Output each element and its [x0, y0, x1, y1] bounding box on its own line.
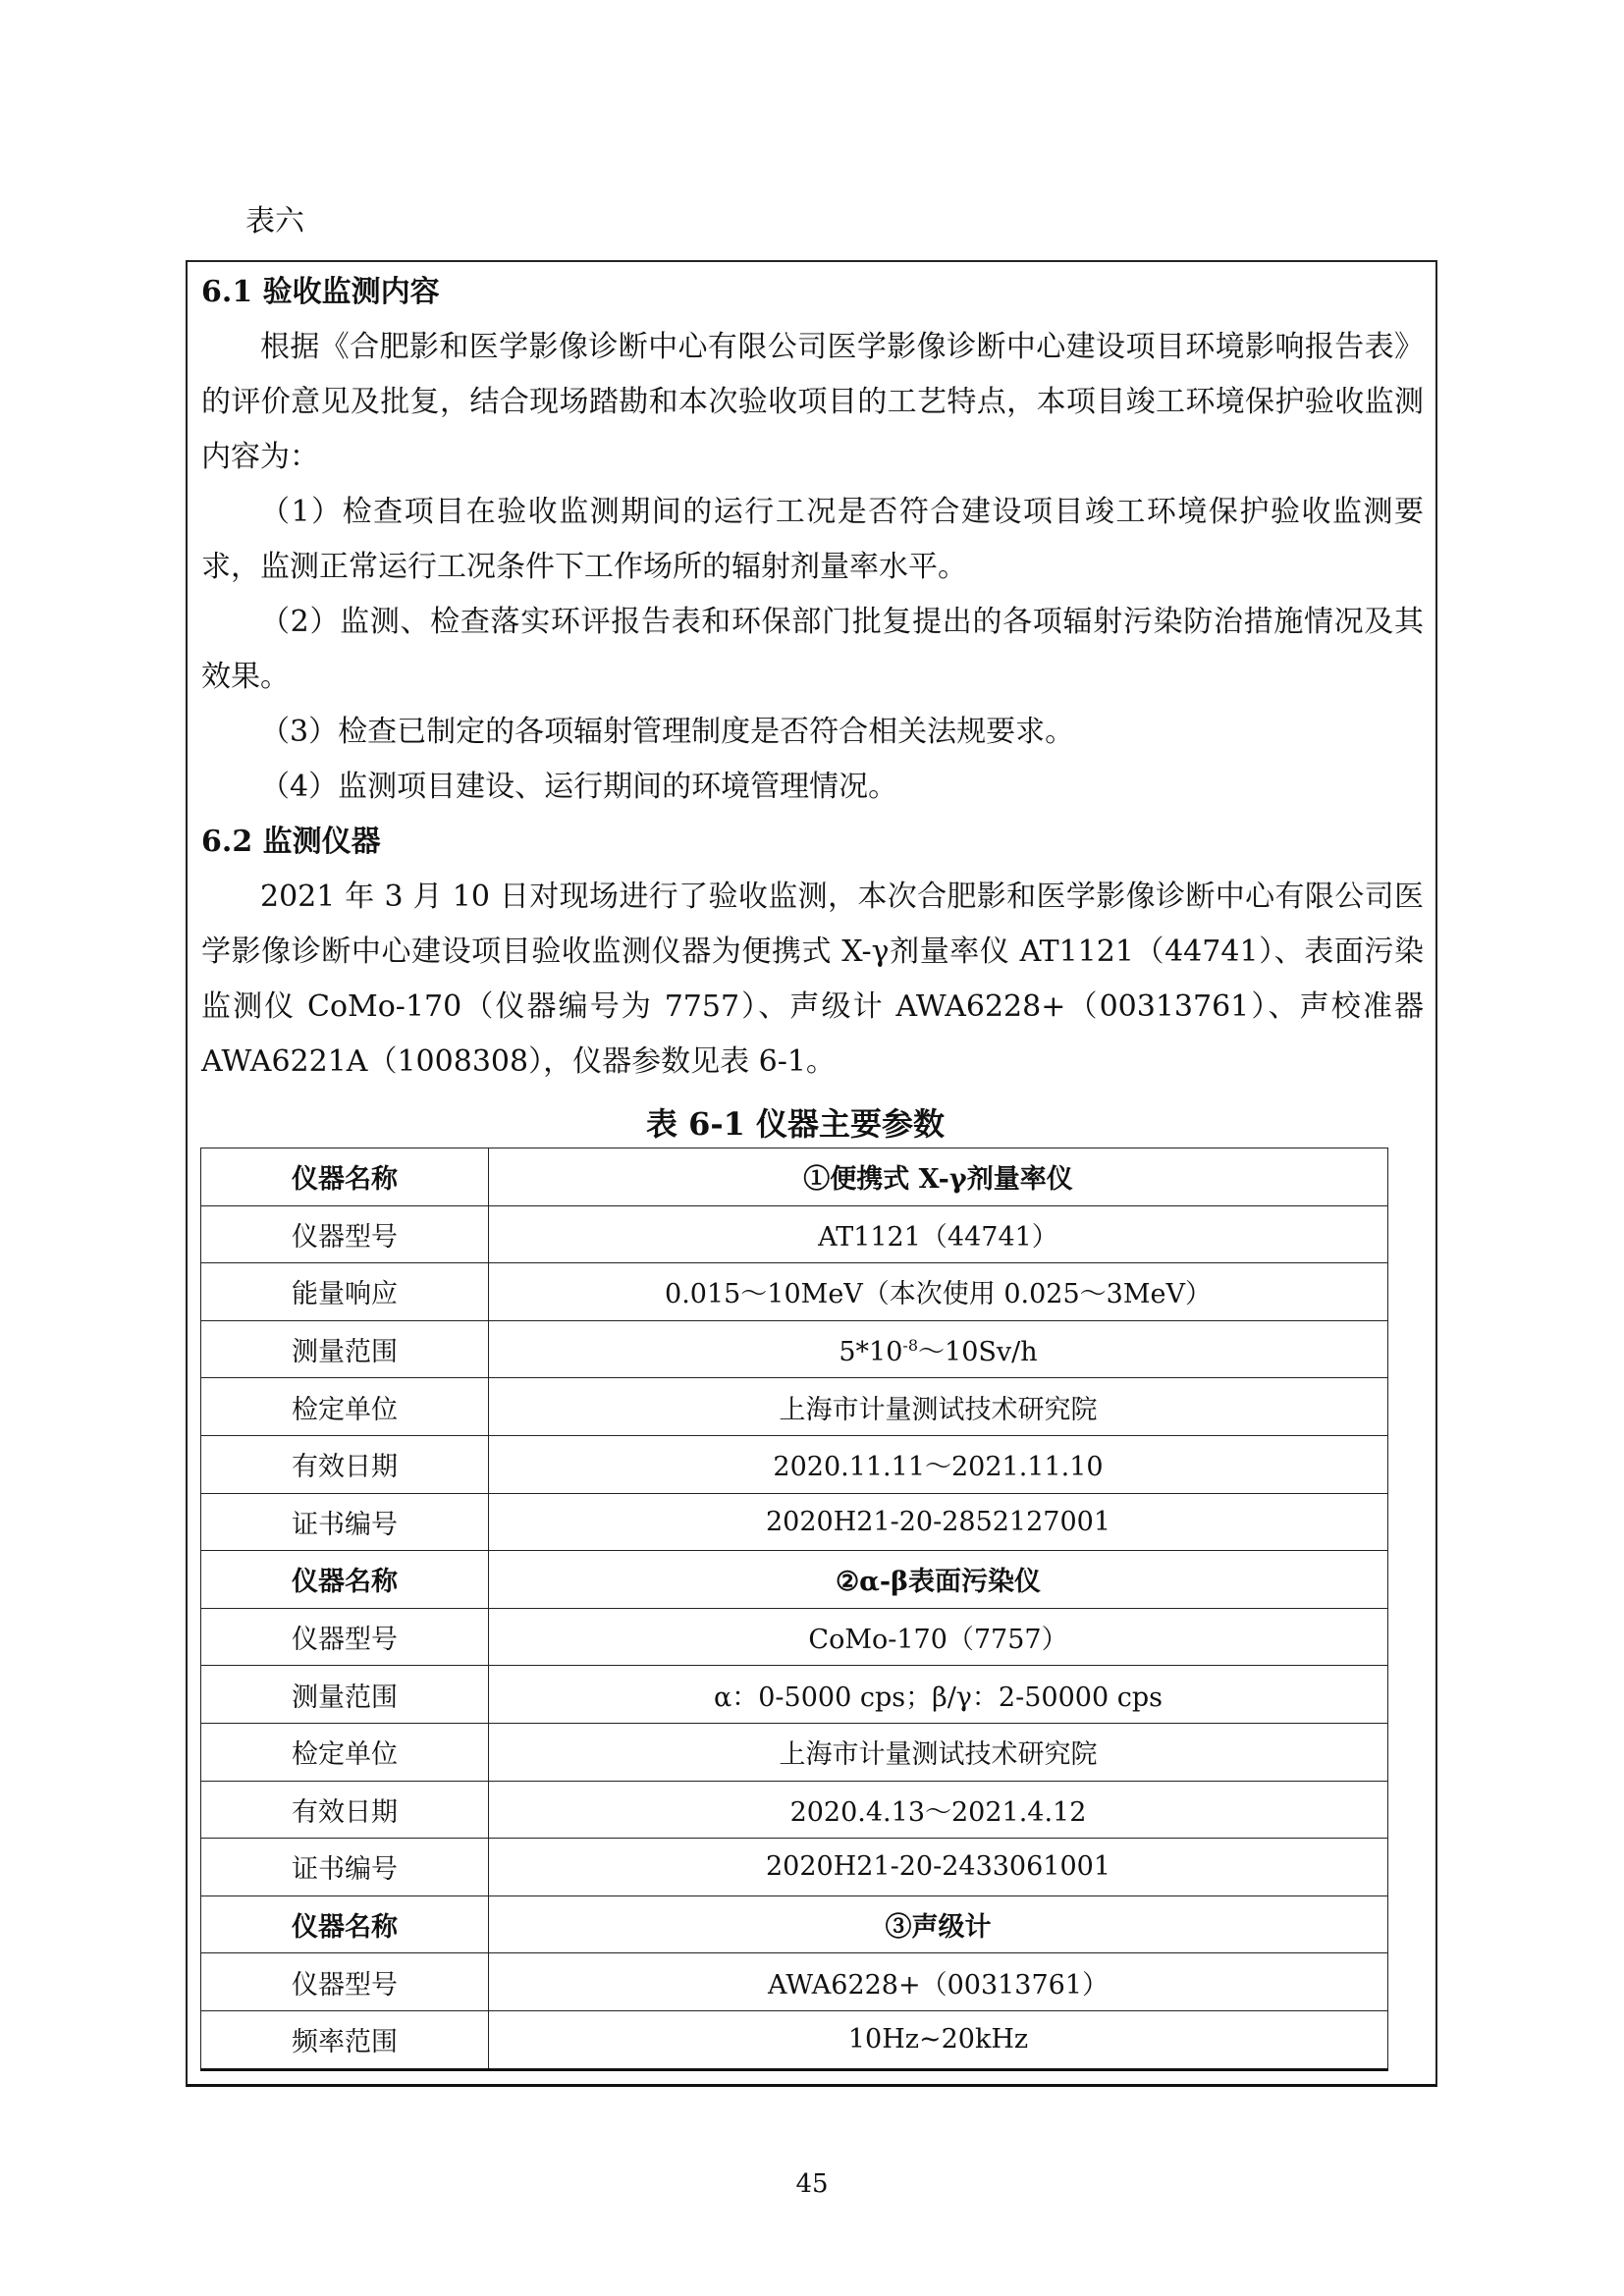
table-row: 仪器名称 ①便携式 X-γ剂量率仪 — [201, 1148, 1388, 1206]
row-value: 上海市计量测试技术研究院 — [489, 1723, 1388, 1781]
section-6-1-item: （3）检查已制定的各项辐射管理制度是否符合相关法规要求。 — [201, 705, 1424, 760]
row-key: 有效日期 — [201, 1435, 489, 1493]
row-key: 证书编号 — [201, 1493, 489, 1551]
content-body: 6.1 验收监测内容 根据《合肥影和医学影像诊断中心有限公司医学影像诊断中心建设… — [201, 265, 1424, 1090]
value-prefix: 5*10 — [839, 1337, 902, 1367]
section-6-1-intro: 根据《合肥影和医学影像诊断中心有限公司医学影像诊断中心建设项目环境影响报告表》的… — [201, 320, 1424, 485]
row-key: 检定单位 — [201, 1378, 489, 1436]
row-key: 仪器型号 — [201, 1205, 489, 1263]
table-row: 有效日期 2020.11.11～2021.11.10 — [201, 1435, 1388, 1493]
row-value: CoMo-170（7757） — [489, 1608, 1388, 1666]
row-value: 5*10-8～10Sv/h — [489, 1320, 1388, 1378]
section-6-1-item: （4）监测项目建设、运行期间的环境管理情况。 — [201, 760, 1424, 815]
instrument-parameters-table: 仪器名称 ①便携式 X-γ剂量率仪 仪器型号 AT1121（44741） 能量响… — [200, 1148, 1388, 2071]
row-key: 仪器名称 — [201, 1148, 489, 1206]
table-row: 仪器型号 CoMo-170（7757） — [201, 1608, 1388, 1666]
section-6-1-heading: 6.1 验收监测内容 — [201, 265, 1424, 320]
row-key: 仪器名称 — [201, 1551, 489, 1609]
table-row: 仪器名称 ②α-β表面污染仪 — [201, 1551, 1388, 1609]
row-key: 仪器型号 — [201, 1953, 489, 2011]
row-value: AT1121（44741） — [489, 1205, 1388, 1263]
row-value: 2020H21-20-2433061001 — [489, 1839, 1388, 1896]
row-key: 证书编号 — [201, 1839, 489, 1896]
table-row: 仪器型号 AWA6228+（00313761） — [201, 1953, 1388, 2011]
table-row: 证书编号 2020H21-20-2852127001 — [201, 1493, 1388, 1551]
table-row: 测量范围 5*10-8～10Sv/h — [201, 1320, 1388, 1378]
page-number: 45 — [0, 2169, 1624, 2199]
row-value: α：0-5000 cps；β/γ：2-50000 cps — [489, 1666, 1388, 1724]
row-value: 上海市计量测试技术研究院 — [489, 1378, 1388, 1436]
row-key: 仪器名称 — [201, 1896, 489, 1953]
row-key: 仪器型号 — [201, 1608, 489, 1666]
row-value: AWA6228+（00313761） — [489, 1953, 1388, 2011]
section-6-2-heading: 6.2 监测仪器 — [201, 815, 1424, 870]
value-suffix: ～10Sv/h — [918, 1337, 1038, 1367]
table-row: 测量范围 α：0-5000 cps；β/γ：2-50000 cps — [201, 1666, 1388, 1724]
row-value: 2020H21-20-2852127001 — [489, 1493, 1388, 1551]
row-key: 测量范围 — [201, 1666, 489, 1724]
table-row: 仪器型号 AT1121（44741） — [201, 1205, 1388, 1263]
table-row: 有效日期 2020.4.13～2021.4.12 — [201, 1781, 1388, 1839]
table-row: 仪器名称 ③声级计 — [201, 1896, 1388, 1953]
row-value: ①便携式 X-γ剂量率仪 — [489, 1148, 1388, 1206]
row-key: 频率范围 — [201, 2010, 489, 2069]
table-row: 频率范围 10Hz~20kHz — [201, 2010, 1388, 2069]
section-6-2-paragraph: 2021 年 3 月 10 日对现场进行了验收监测，本次合肥影和医学影像诊断中心… — [201, 870, 1424, 1090]
value-exponent: -8 — [902, 1336, 918, 1355]
row-value: 2020.4.13～2021.4.12 — [489, 1781, 1388, 1839]
row-value: 0.015～10MeV（本次使用 0.025～3MeV） — [489, 1263, 1388, 1321]
section-label: 表六 — [245, 196, 304, 240]
row-key: 检定单位 — [201, 1723, 489, 1781]
section-6-1-item: （1）检查项目在验收监测期间的运行工况是否符合建设项目竣工环境保护验收监测要求，… — [201, 485, 1424, 595]
row-key: 能量响应 — [201, 1263, 489, 1321]
row-value: 10Hz~20kHz — [489, 2010, 1388, 2069]
row-value: ③声级计 — [489, 1896, 1388, 1953]
row-key: 有效日期 — [201, 1781, 489, 1839]
section-6-1-item: （2）监测、检查落实环评报告表和环保部门批复提出的各项辐射污染防治措施情况及其效… — [201, 595, 1424, 705]
table-row: 检定单位 上海市计量测试技术研究院 — [201, 1723, 1388, 1781]
row-value: 2020.11.11～2021.11.10 — [489, 1435, 1388, 1493]
table-row: 证书编号 2020H21-20-2433061001 — [201, 1839, 1388, 1896]
table-row: 检定单位 上海市计量测试技术研究院 — [201, 1378, 1388, 1436]
row-value: ②α-β表面污染仪 — [489, 1551, 1388, 1609]
table-caption: 表 6-1 仪器主要参数 — [201, 1099, 1389, 1148]
row-key: 测量范围 — [201, 1320, 489, 1378]
table-row: 能量响应 0.015～10MeV（本次使用 0.025～3MeV） — [201, 1263, 1388, 1321]
